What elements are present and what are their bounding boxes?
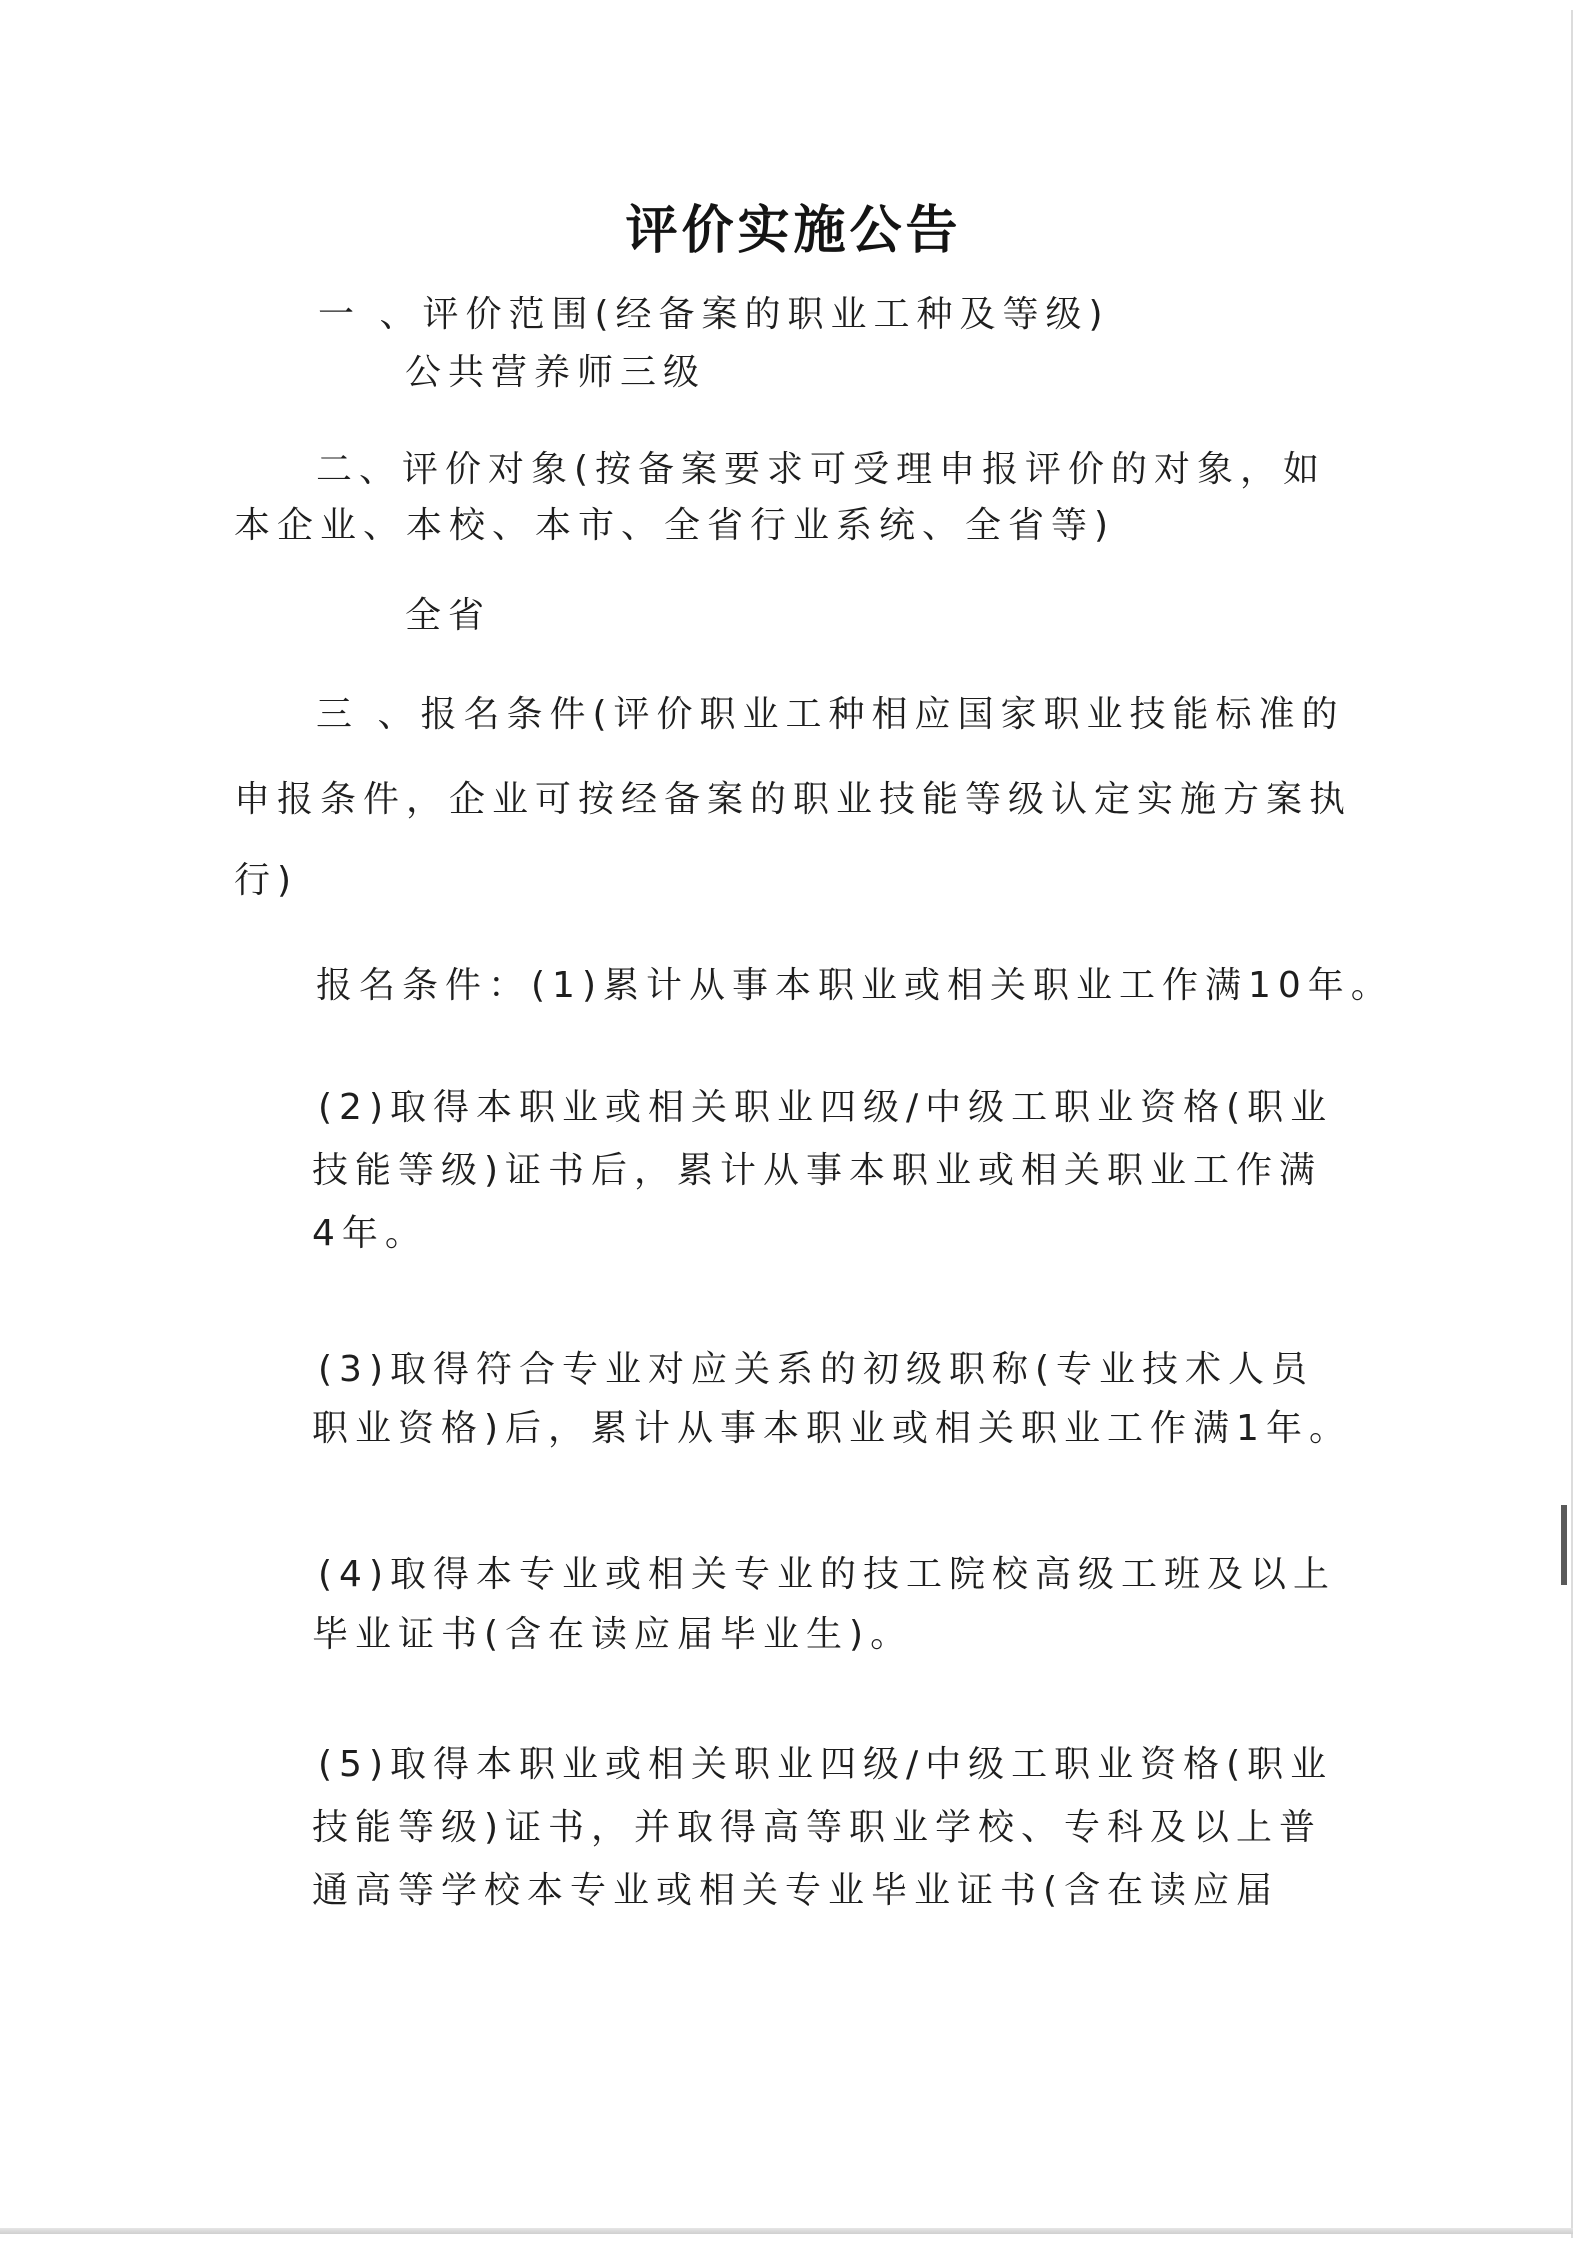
section-3-heading-line-3: 行) (234, 863, 298, 899)
condition-4-line-1: (4)取得本专业或相关专业的技工院校高级工班及以上 (318, 1557, 1336, 1593)
section-2-heading-line-1: 二、评价对象(按备案要求可受理申报评价的对象，如 (316, 452, 1326, 488)
condition-5-line-1: (5)取得本职业或相关职业四级/中级工职业资格(职业 (318, 1747, 1333, 1783)
condition-4-line-2: 毕业证书(含在读应届毕业生)。 (312, 1617, 913, 1653)
condition-3-line-1: (3)取得符合专业对应关系的初级职称(专业技术人员 (318, 1352, 1314, 1388)
condition-5-line-2: 技能等级)证书，并取得高等职业学校、专科及以上普 (312, 1810, 1322, 1846)
section-1-heading: 一 、评价范围(经备案的职业工种及等级) (318, 297, 1110, 333)
section-1-content: 公共营养师三级 (405, 355, 706, 391)
page-title: 评价实施公告 (0, 188, 1587, 263)
page-edge-bottom (0, 2228, 1573, 2234)
condition-2-line-1: (2)取得本职业或相关职业四级/中级工职业资格(职业 (318, 1090, 1333, 1126)
section-2-content: 全省 (405, 598, 491, 634)
condition-3-line-2: 职业资格)后，累计从事本职业或相关职业工作满1年。 (312, 1411, 1352, 1447)
condition-2-line-2: 技能等级)证书后，累计从事本职业或相关职业工作满 (312, 1153, 1322, 1189)
section-3-heading-line-2: 申报条件，企业可按经备案的职业技能等级认定实施方案执 (234, 782, 1352, 818)
condition-5-line-3: 通高等学校本专业或相关专业毕业证书(含在读应届 (312, 1873, 1279, 1909)
condition-2-line-3: 4年。 (312, 1216, 428, 1252)
page-edge-right (1571, 10, 1573, 2238)
page-edge-mark (1561, 1505, 1567, 1585)
condition-1-line-1: 报名条件：(1)累计从事本职业或相关职业工作满10年。 (316, 968, 1394, 1004)
section-2-heading-line-2: 本企业、本校、本市、全省行业系统、全省等) (234, 508, 1115, 544)
section-3-heading-line-1: 三 、报名条件(评价职业工种相应国家职业技能标准的 (316, 697, 1345, 733)
